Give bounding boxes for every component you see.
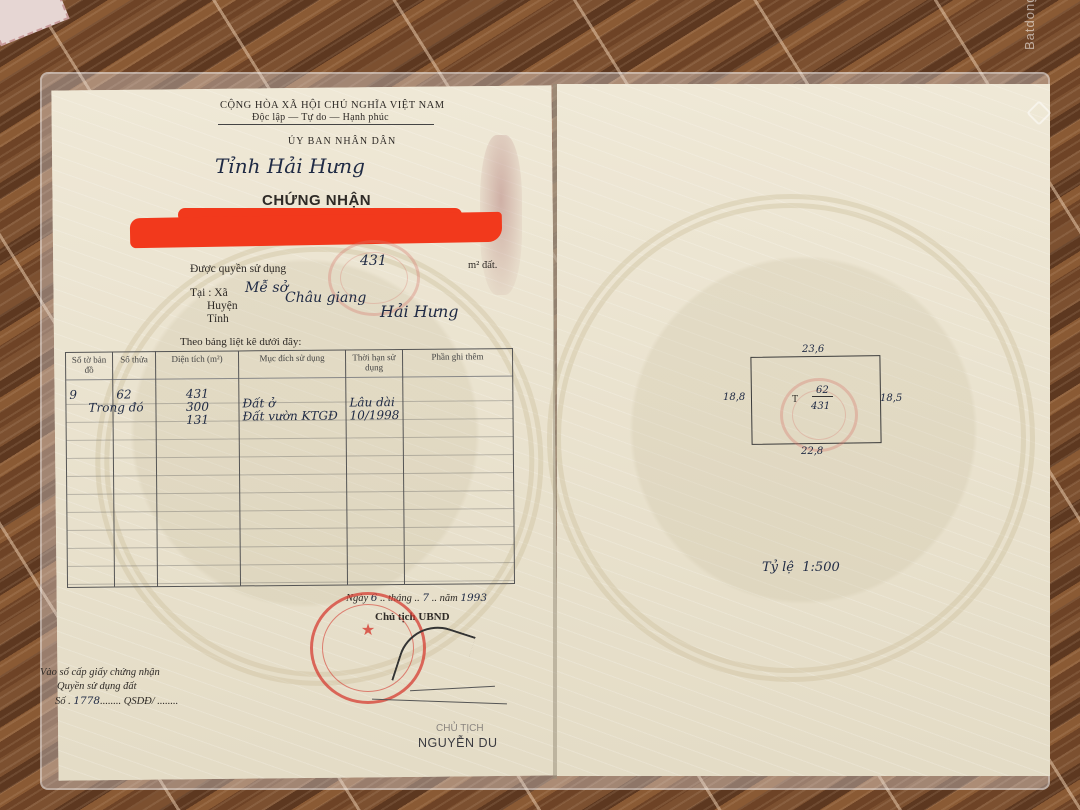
signatory-name: NGUYỄN DU xyxy=(418,736,498,750)
plot-label-prefix: T xyxy=(792,394,798,405)
plot-bottom-length: 22,8 xyxy=(801,446,823,457)
center-fold xyxy=(553,84,557,779)
area-value: 431 xyxy=(360,253,387,269)
province-value: Hải Hưng xyxy=(380,302,459,321)
district-label: Huyện xyxy=(207,300,238,312)
col-purpose: Mục đích sử dụng xyxy=(238,350,345,385)
land-register-table: Số tờ bản đồ Số thửa Diện tích (m²) Mục … xyxy=(65,348,515,588)
registry-line-1: Vào sổ cấp giấy chứng nhận xyxy=(40,667,160,678)
registry-line-2: Quyền sử dụng đất xyxy=(57,681,137,692)
cell-map-sheet: 9 xyxy=(66,387,115,588)
area-unit: m² đất. xyxy=(468,260,497,271)
national-header: CỘNG HÒA XÃ HỘI CHỦ NGHĨA VIỆT NAM xyxy=(220,100,445,111)
star-icon: ★ xyxy=(361,620,375,640)
registry-number: Số . 1778........ QSDĐ/ ........ xyxy=(55,695,178,707)
scale-label: Tỷ lệ 1:500 xyxy=(762,560,840,575)
national-motto: Độc lập — Tự do — Hạnh phúc xyxy=(252,112,389,123)
province-label: Tỉnh xyxy=(207,313,229,325)
use-right-label: Được quyền sử dụng xyxy=(190,263,286,275)
table-row: 9 62 Trong đó 431 300 131 Đất ở Đất vườn… xyxy=(66,383,515,587)
commune-value: Mễ sở xyxy=(245,280,288,296)
plot-right-length: 18,5 xyxy=(880,393,902,404)
cell-area: 431 300 131 xyxy=(156,385,241,586)
plot-top-length: 23,6 xyxy=(802,344,824,355)
stamp-title: CHỦ TỊCH xyxy=(436,723,484,734)
cell-parcel: 62 Trong đó xyxy=(113,386,158,587)
cell-notes xyxy=(403,383,515,584)
cell-duration: Lâu dài 10/1998 xyxy=(346,384,405,585)
col-area: Diện tích (m²) xyxy=(155,351,238,386)
authority-label: ỦY BAN NHÂN DÂN xyxy=(288,136,396,147)
header-divider xyxy=(218,124,434,125)
province-handwritten: Tỉnh Hải Hưng xyxy=(215,154,365,178)
plot-area: 431 xyxy=(811,401,830,412)
col-duration: Thời hạn sử dụng xyxy=(345,350,402,385)
watermark-text: Batdongsan xyxy=(1022,0,1037,50)
plot-parcel-number: 62 xyxy=(812,385,833,397)
col-notes: Phần ghi thêm xyxy=(402,349,512,384)
plot-left-length: 18,8 xyxy=(723,392,745,403)
col-parcel: Số thửa xyxy=(112,352,155,387)
district-value: Châu giang xyxy=(285,290,366,306)
certificate-title: CHỨNG NHẬN xyxy=(262,192,371,209)
col-map-sheet: Số tờ bản đồ xyxy=(65,352,112,387)
table-intro: Theo bảng liệt kê dưới đây: xyxy=(180,336,301,348)
commune-label: Tại : Xã xyxy=(190,287,228,299)
cell-purpose: Đất ở Đất vườn KTGĐ xyxy=(239,385,348,586)
